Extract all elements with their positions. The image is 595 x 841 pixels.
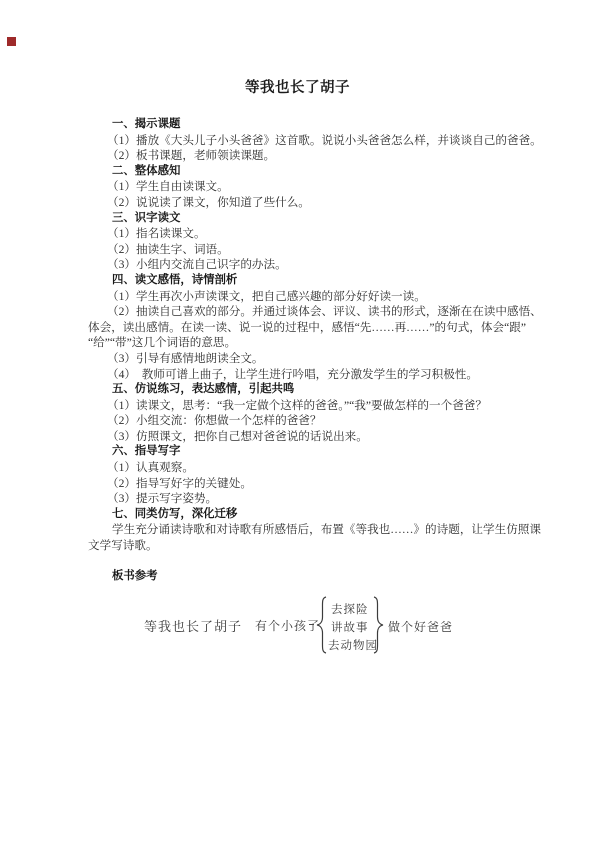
doc-line: （1）读课文，思考：“我一定做个这样的爸爸。”“我”要做怎样的一个爸爸？ — [88, 398, 548, 414]
doc-line: 七、同类仿写，深化迁移 — [88, 507, 548, 523]
doc-line: （1）认真观察。 — [88, 460, 548, 476]
doc-line: （3）小组内交流自己识字的办法。 — [88, 257, 548, 273]
doc-line: （3）仿照课文，把你自己想对爸爸说的话说出来。 — [88, 429, 548, 445]
doc-line: （2）小组交流：你想做一个怎样的爸爸？ — [88, 413, 548, 429]
doc-line: 板书参考 — [88, 569, 548, 585]
doc-line: 二、整体感知 — [88, 164, 548, 180]
board-middle-handwritten: 有个小孩了 — [255, 617, 320, 634]
doc-line: （2）抽读自己喜欢的部分。并通过谈体会、评议、读书的形式，逐渐在在读中感悟、 — [88, 304, 548, 320]
doc-line: （2）指导写好字的关键处。 — [88, 476, 548, 492]
doc-blank-line — [88, 554, 548, 570]
doc-line: 体会，读出感情。在读一读、说一说的过程中，感悟“先……再……”的句式，体会“跟” — [88, 320, 548, 336]
doc-line: “给”“带”这几个词语的意思。 — [88, 335, 548, 351]
document-title: 等我也长了胡子 — [0, 76, 595, 97]
doc-line: 五、仿说练习，表达感情，引起共鸣 — [88, 382, 548, 398]
doc-line: （2）板书课题，老师领读课题。 — [88, 148, 548, 164]
document-page: 等我也长了胡子 一、揭示课题（1）播放《大头儿子小头爸爸》这首歌。说说小头爸爸怎… — [0, 0, 595, 841]
board-item: 讲故事 — [331, 619, 369, 635]
red-stamp-mark — [7, 37, 16, 46]
doc-line: 一、揭示课题 — [88, 117, 548, 133]
left-brace-icon — [315, 596, 329, 654]
doc-line: （2）说说读了课文，你知道了些什么。 — [88, 195, 548, 211]
doc-line: （1）播放《大头儿子小头爸爸》这首歌。说说小头爸爸怎么样，并谈谈自己的爸爸。 — [88, 133, 548, 149]
doc-line: （4） 教师可谱上曲子，让学生进行吟唱，充分激发学生的学习积极性。 — [88, 367, 548, 383]
doc-line: （1）学生再次小声读课文，把自己感兴趣的部分好好读一读。 — [88, 289, 548, 305]
board-item: 去探险 — [331, 601, 369, 617]
doc-line: 三、识字读文 — [88, 211, 548, 227]
board-result-handwritten: 做个好爸爸 — [388, 618, 453, 635]
doc-line: （3）引导有感情地朗读全文。 — [88, 351, 548, 367]
doc-line: 文学写诗歌。 — [88, 538, 548, 554]
doc-line: 学生充分诵读诗歌和对诗歌有所感悟后，布置《等我也……》的诗题，让学生仿照课 — [88, 522, 548, 538]
document-body: 一、揭示课题（1）播放《大头儿子小头爸爸》这首歌。说说小头爸爸怎么样，并谈谈自己… — [88, 117, 548, 585]
connector-dash — [309, 624, 314, 625]
doc-line: 六、指导写字 — [88, 444, 548, 460]
right-brace-icon — [371, 596, 385, 654]
board-title-handwritten: 等我也长了胡子 — [144, 616, 242, 635]
doc-line: （1）学生自由读课文。 — [88, 179, 548, 195]
doc-line: （2）抽读生字、词语。 — [88, 242, 548, 258]
board-item: 去动物园 — [328, 637, 378, 653]
doc-line: （1）指名读课文。 — [88, 226, 548, 242]
doc-line: 四、读文感悟，诗情剖析 — [88, 273, 548, 289]
doc-line: （3）提示写字姿势。 — [88, 491, 548, 507]
